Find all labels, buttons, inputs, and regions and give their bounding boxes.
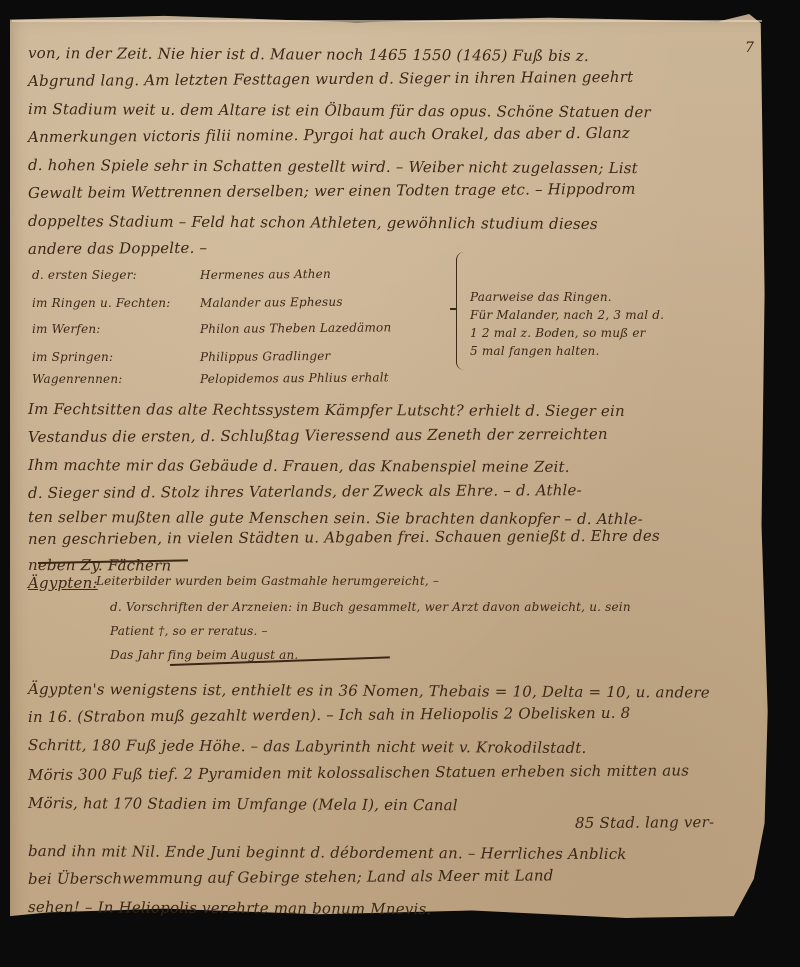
list-value: Philippus Gradlinger [200, 349, 331, 364]
handwritten-line: d. hohen Spiele sehr in Schatten gestell… [28, 156, 638, 177]
handwritten-line: Vestandus die ersten, d. Schlußtag Viere… [28, 425, 608, 446]
handwritten-line: Ihm machte mir das Gebäude d. Frauen, da… [28, 456, 570, 476]
handwritten-line: andere das Doppelte. – [28, 239, 207, 258]
list-label: im Springen: [32, 350, 113, 364]
brace-note-line: 1 2 mal z. Boden, so muß er [470, 326, 646, 340]
handwritten-line: doppeltes Stadium – Feld hat schon Athle… [28, 212, 598, 233]
brace-note-line: 5 mal fangen halten. [470, 344, 599, 358]
handwritten-line: von, in der Zeit. Nie hier ist d. Mauer … [28, 44, 589, 65]
page-number: 7 [745, 40, 754, 56]
list-label: im Ringen u. Fechten: [32, 296, 170, 310]
handwritten-line: Im Fechtsitten das alte Rechtssystem Käm… [28, 400, 625, 420]
list-label: d. ersten Sieger: [32, 268, 137, 282]
handwritten-line: nen geschrieben, in vielen Städten u. Ab… [28, 527, 660, 548]
list-label: im Werfen: [32, 322, 101, 336]
handwritten-line: im Stadium weit u. dem Altare ist ein Öl… [28, 100, 651, 121]
list-value: Philon aus Theben Lazedämon [200, 320, 392, 336]
curly-brace [456, 252, 471, 370]
egypt-line: Patient †, so er reratus. – [110, 624, 268, 638]
brace-note-line: Paarweise das Ringen. [470, 290, 612, 304]
egypt-line: d. Vorschriften der Arzneien: in Buch ge… [110, 600, 631, 614]
handwritten-line: d. Sieger sind d. Stolz ihres Vaterlands… [28, 481, 582, 502]
list-value: Pelopidemos aus Phlius erhalt [200, 370, 389, 386]
handwritten-line: bei Überschwemmung auf Gebirge stehen; L… [28, 866, 554, 888]
handwritten-line: Schritt, 180 Fuß jede Höhe. – das Labyri… [28, 736, 587, 757]
paper-edge [12, 20, 762, 22]
list-value: Malander aus Ephesus [200, 295, 343, 310]
handwritten-line: Ägypten's wenigstens ist, enthielt es in… [28, 680, 710, 702]
list-value: Hermenes aus Athen [200, 267, 331, 282]
handwritten-line: 85 Stad. lang ver- [575, 813, 714, 832]
handwritten-line: band ihn mit Nil. Ende Juni beginnt d. d… [28, 842, 627, 863]
egypt-line: Leiterbilder wurden beim Gastmahle herum… [96, 574, 439, 588]
handwritten-line: sehen! – In Heliopolis verehrte man bonu… [28, 898, 431, 918]
handwritten-line: neben Zy. Fächern [28, 556, 171, 575]
list-label: Wagenrennen: [32, 372, 123, 386]
handwritten-line: Möris, hat 170 Stadien im Umfange (Mela … [28, 794, 458, 814]
brace-note-line: Für Malander, nach 2, 3 mal d. [470, 308, 664, 322]
handwritten-line: ten selber mußten alle gute Menschen sei… [28, 508, 643, 528]
egypt-heading: Ägypten: [28, 574, 98, 592]
